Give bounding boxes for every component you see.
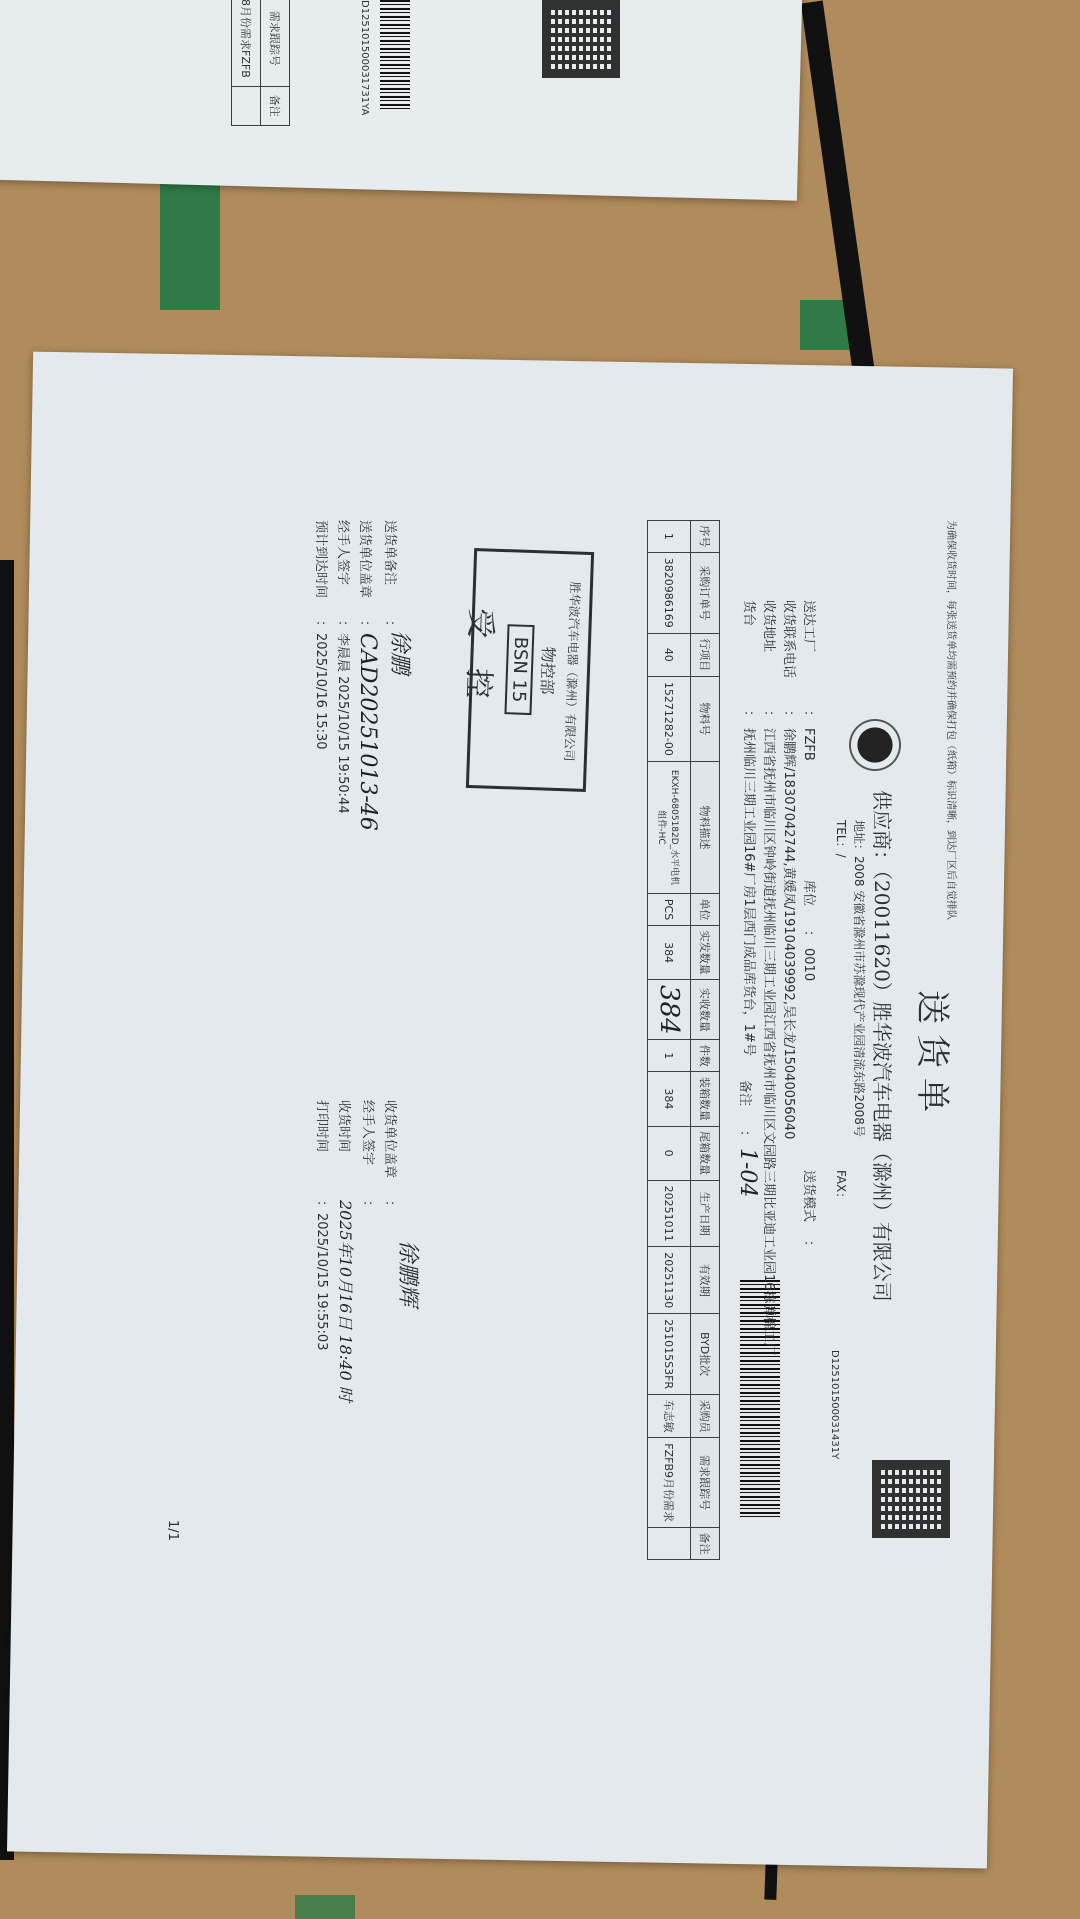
document-title: 送货单 bbox=[911, 990, 960, 1122]
field-value: 江西省抚州市临川区钟岭街道抚州临川三期工业园江西省抚州市临川区文园路三期比亚迪工… bbox=[761, 728, 776, 1356]
qr-code-icon bbox=[872, 1460, 950, 1538]
footer-row: 收货时间2025年10月16日 18:40 时 bbox=[332, 1100, 356, 1402]
supplier-name: 供应商：（20011620）胜华波汽车电器（滁州）有限公司 bbox=[869, 790, 898, 1302]
receipt-stamp: 胜华波汽车电器（滁州）有限公司 物控部 BSN 15 受控 bbox=[466, 548, 594, 792]
footer-row: 预计到达时间：2025/10/16 15:30 bbox=[309, 520, 331, 831]
footer-row: 送货单备注： bbox=[378, 520, 400, 831]
field-value: 抚州临川三期工业园16#厂房1层西门成品库货台，1#号 bbox=[741, 728, 756, 1056]
top-table-header: 需求跟踪号 bbox=[261, 0, 290, 86]
delivery-note: 为确保收货时间，每张送货单均需预约并确保打包（纸箱）标识清晰，到达厂区后自觉排队… bbox=[140, 520, 960, 1620]
field-remarks: 备注：1-04 bbox=[735, 1080, 760, 1197]
column-header: 物料描述 bbox=[691, 761, 720, 893]
stamp-text: 受控 bbox=[456, 551, 508, 786]
qr-code-icon bbox=[542, 0, 620, 78]
table-cell: PCS bbox=[648, 894, 691, 926]
column-header: 采购员 bbox=[691, 1395, 720, 1438]
field-value: FZFB bbox=[801, 728, 816, 761]
table-cell: 1 bbox=[648, 1040, 691, 1072]
column-header: 备注 bbox=[691, 1528, 720, 1560]
column-header: BYD批次 bbox=[691, 1314, 720, 1395]
field-contact-phone: 收货联系电话：徐鹏辉/18307042744,黄媛凤/19104039992,吴… bbox=[781, 600, 800, 1139]
stamp-dept: 物控部 bbox=[533, 553, 564, 788]
footer-sender: 送货单备注： 送货单位盖章：CAD20251013-46 经手人签字：李晨晨 2… bbox=[309, 520, 400, 831]
page-number: 1/1 bbox=[165, 1520, 180, 1541]
column-header: 采购订单号 bbox=[691, 552, 720, 633]
field-value: 0010 bbox=[801, 948, 816, 981]
top-note: 为确保收货时间，每张送货单均需预约并确保打包（纸箱）标识清晰，到达厂区后自觉排队 bbox=[945, 520, 960, 920]
table-cell: 15271282-00 bbox=[648, 676, 691, 761]
footer-receiver: 收货单位盖章： 经手人签字： 收货时间2025年10月16日 18:40 时 打… bbox=[310, 1100, 400, 1402]
column-header: 行项目 bbox=[691, 633, 720, 676]
footer-row: 送货单位盖章：CAD20251013-46 bbox=[353, 520, 378, 831]
column-header: 序号 bbox=[691, 521, 720, 553]
table-row: 1 3820986169 40 15271282-00 EKXH-6805182… bbox=[648, 521, 691, 1560]
table-cell: 40 bbox=[648, 633, 691, 676]
table-header-row: 序号 采购订单号 行项目 物料号 物料描述 单位 实发数量 实收数量 件数 装箱… bbox=[691, 521, 720, 1560]
footer-row: 经手人签字： bbox=[356, 1100, 378, 1402]
top-table: 需求跟踪号 备注 8月份需求FZFB bbox=[231, 0, 290, 126]
table-cell: 0 bbox=[648, 1126, 691, 1180]
top-table-cell bbox=[232, 86, 261, 125]
table-cell: 1 bbox=[648, 521, 691, 553]
stamp-company: 胜华波汽车电器（滁州）有限公司 bbox=[560, 554, 585, 788]
table-cell: 251015S3FR bbox=[648, 1314, 691, 1395]
column-header: 物料号 bbox=[691, 676, 720, 761]
supplier-tel: TEL：/ bbox=[833, 820, 850, 858]
supplier-fax: FAX： bbox=[833, 1170, 850, 1204]
stamp-code: BSN 15 bbox=[504, 624, 534, 714]
barcode-icon bbox=[380, 0, 410, 110]
table-cell-handwritten: 384 bbox=[648, 980, 691, 1040]
table-cell: EKXH-6805182D_水平电机组件-HC bbox=[648, 761, 691, 893]
table-cell: 3820986169 bbox=[648, 552, 691, 633]
top-table-cell: 8月份需求FZFB bbox=[232, 0, 261, 86]
items-table: 序号 采购订单号 行项目 物料号 物料描述 单位 实发数量 实收数量 件数 装箱… bbox=[647, 520, 720, 1560]
field-address: 收货地址：江西省抚州市临川区钟岭街道抚州临川三期工业园江西省抚州市临川区文园路三… bbox=[761, 600, 780, 1356]
footer-row: 经手人签字：李晨晨 2025/10/15 19:50:44 bbox=[331, 520, 353, 831]
top-barcode-text: D125101500031731YA bbox=[359, 0, 370, 115]
column-header: 装箱数量 bbox=[691, 1072, 720, 1126]
column-header: 有效期 bbox=[691, 1247, 720, 1314]
byd-logo-icon bbox=[840, 710, 910, 780]
field-storage: 库位：0010 bbox=[801, 880, 820, 981]
field-value: 徐鹏辉/18307042744,黄媛凤/19104039992,吴长龙/1504… bbox=[781, 728, 796, 1139]
field-value-handwritten: 1-04 bbox=[735, 1148, 760, 1197]
table-cell: 车志敏 bbox=[648, 1395, 691, 1438]
table-cell: 20251011 bbox=[648, 1180, 691, 1247]
table-cell: 384 bbox=[648, 925, 691, 979]
column-header: 需求跟踪号 bbox=[691, 1438, 720, 1528]
column-header: 实发数量 bbox=[691, 925, 720, 979]
field-factory: 送达工厂：FZFB bbox=[801, 600, 820, 761]
handwritten-receive-time: 2025年10月16日 18:40 时 bbox=[336, 1200, 355, 1402]
table-cell: 384 bbox=[648, 1072, 691, 1126]
delivery-number: D125101500031431Y bbox=[829, 1350, 840, 1459]
column-header: 实收数量 bbox=[691, 980, 720, 1040]
top-table-header: 备注 bbox=[261, 86, 290, 125]
footer-row: 打印时间：2025/10/15 19:55:03 bbox=[310, 1100, 332, 1402]
column-header: 件数 bbox=[691, 1040, 720, 1072]
table-cell: 20251130 bbox=[648, 1247, 691, 1314]
supplier-address: 地址：2008 安徽省滁州市苏滁现代产业园清流东路2008号 bbox=[851, 820, 868, 1137]
black-cable bbox=[801, 1, 881, 420]
table-cell: FZFB9月份需求 bbox=[648, 1438, 691, 1528]
field-dock: 货台：抚州临川三期工业园16#厂房1层西门成品库货台，1#号 bbox=[741, 600, 760, 1056]
table-cell bbox=[648, 1528, 691, 1560]
column-header: 单位 bbox=[691, 894, 720, 926]
receiver-signature: 徐鹏辉 bbox=[396, 1240, 418, 1306]
handwritten-code: CAD20251013-46 bbox=[355, 633, 380, 831]
column-header: 尾箱数量 bbox=[691, 1126, 720, 1180]
field-delivery-mode: 送货模式： bbox=[801, 1170, 820, 1258]
column-header: 生产日期 bbox=[691, 1180, 720, 1247]
green-strap bbox=[295, 1895, 355, 1919]
sender-signature: 徐鹏 bbox=[388, 630, 410, 674]
top-document-content: D125101500031731YA 需求跟踪号 备注 8月份需求FZFB bbox=[0, 0, 640, 150]
